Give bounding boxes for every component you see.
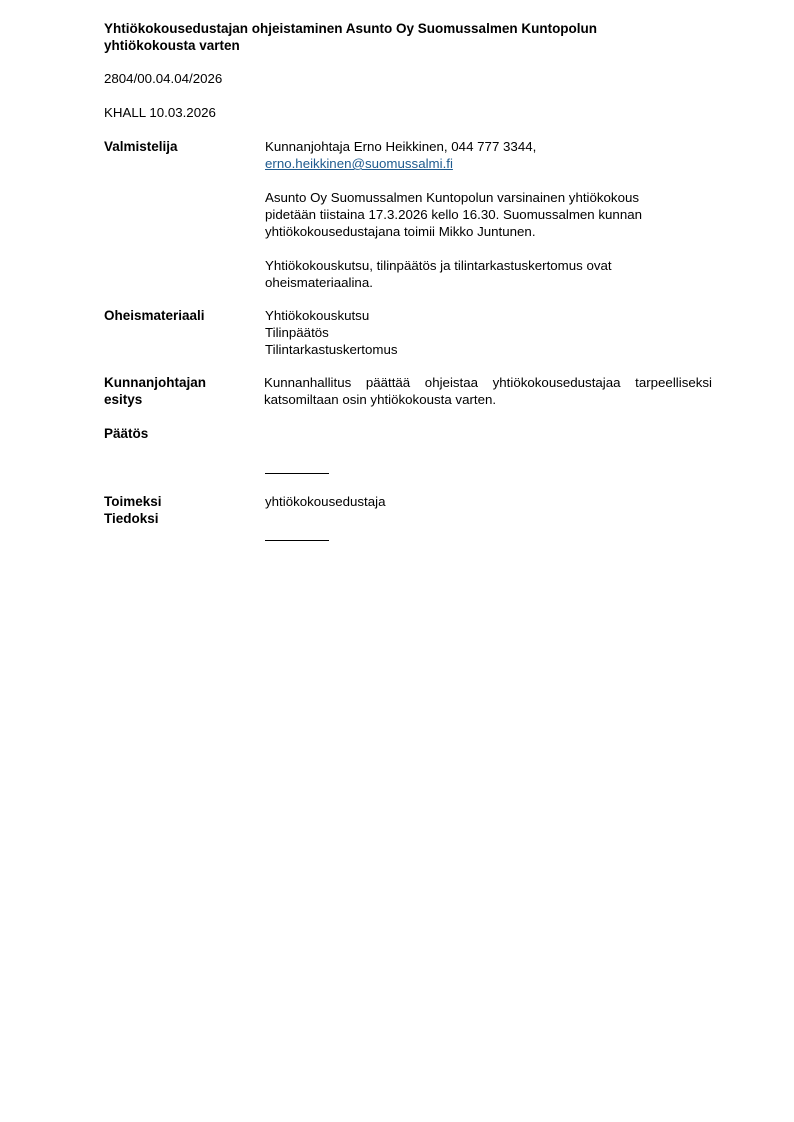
toimeksi-value: yhtiökokousedustaja bbox=[265, 493, 720, 510]
attachment-item: Tilintarkastuskertomus bbox=[265, 341, 720, 358]
label-paatos: Päätös bbox=[104, 425, 254, 442]
divider-line bbox=[265, 540, 329, 541]
preparer-email-link[interactable]: erno.heikkinen@suomussalmi.fi bbox=[265, 156, 453, 171]
label-esitys: Kunnanjohtajan esitys bbox=[104, 374, 254, 408]
attachment-item: Tilinpäätös bbox=[265, 324, 720, 341]
label-esitys-line2: esitys bbox=[104, 391, 254, 408]
valmistelija-paragraph-1: Asunto Oy Suomussalmen Kuntopolun varsin… bbox=[265, 189, 685, 240]
reference-number: 2804/00.04.04/2026 bbox=[104, 70, 222, 87]
label-esitys-line1: Kunnanjohtajan bbox=[104, 374, 254, 391]
valmistelija-paragraph-2: Yhtiökokouskutsu, tilinpäätös ja tilinta… bbox=[265, 257, 685, 291]
attachment-list: Yhtiökokouskutsu Tilinpäätös Tilintarkas… bbox=[265, 307, 720, 358]
label-toimeksi: Toimeksi bbox=[104, 493, 254, 510]
attachment-item: Yhtiökokouskutsu bbox=[265, 307, 720, 324]
label-oheismateriaali: Oheismateriaali bbox=[104, 307, 254, 324]
label-tiedoksi: Tiedoksi bbox=[104, 510, 254, 527]
content-valmistelija: Kunnanjohtaja Erno Heikkinen, 044 777 33… bbox=[265, 138, 685, 291]
divider-line bbox=[265, 473, 329, 474]
preparer-info: Kunnanjohtaja Erno Heikkinen, 044 777 33… bbox=[265, 138, 685, 155]
label-toimeksi-tiedoksi: Toimeksi Tiedoksi bbox=[104, 493, 254, 527]
label-valmistelija: Valmistelija bbox=[104, 138, 254, 155]
esitys-text: Kunnanhallitus päättää ohjeistaa yhtiöko… bbox=[264, 374, 712, 408]
meeting-info: KHALL 10.03.2026 bbox=[104, 104, 216, 121]
document-title: Yhtiökokousedustajan ohjeistaminen Asunt… bbox=[104, 20, 664, 54]
